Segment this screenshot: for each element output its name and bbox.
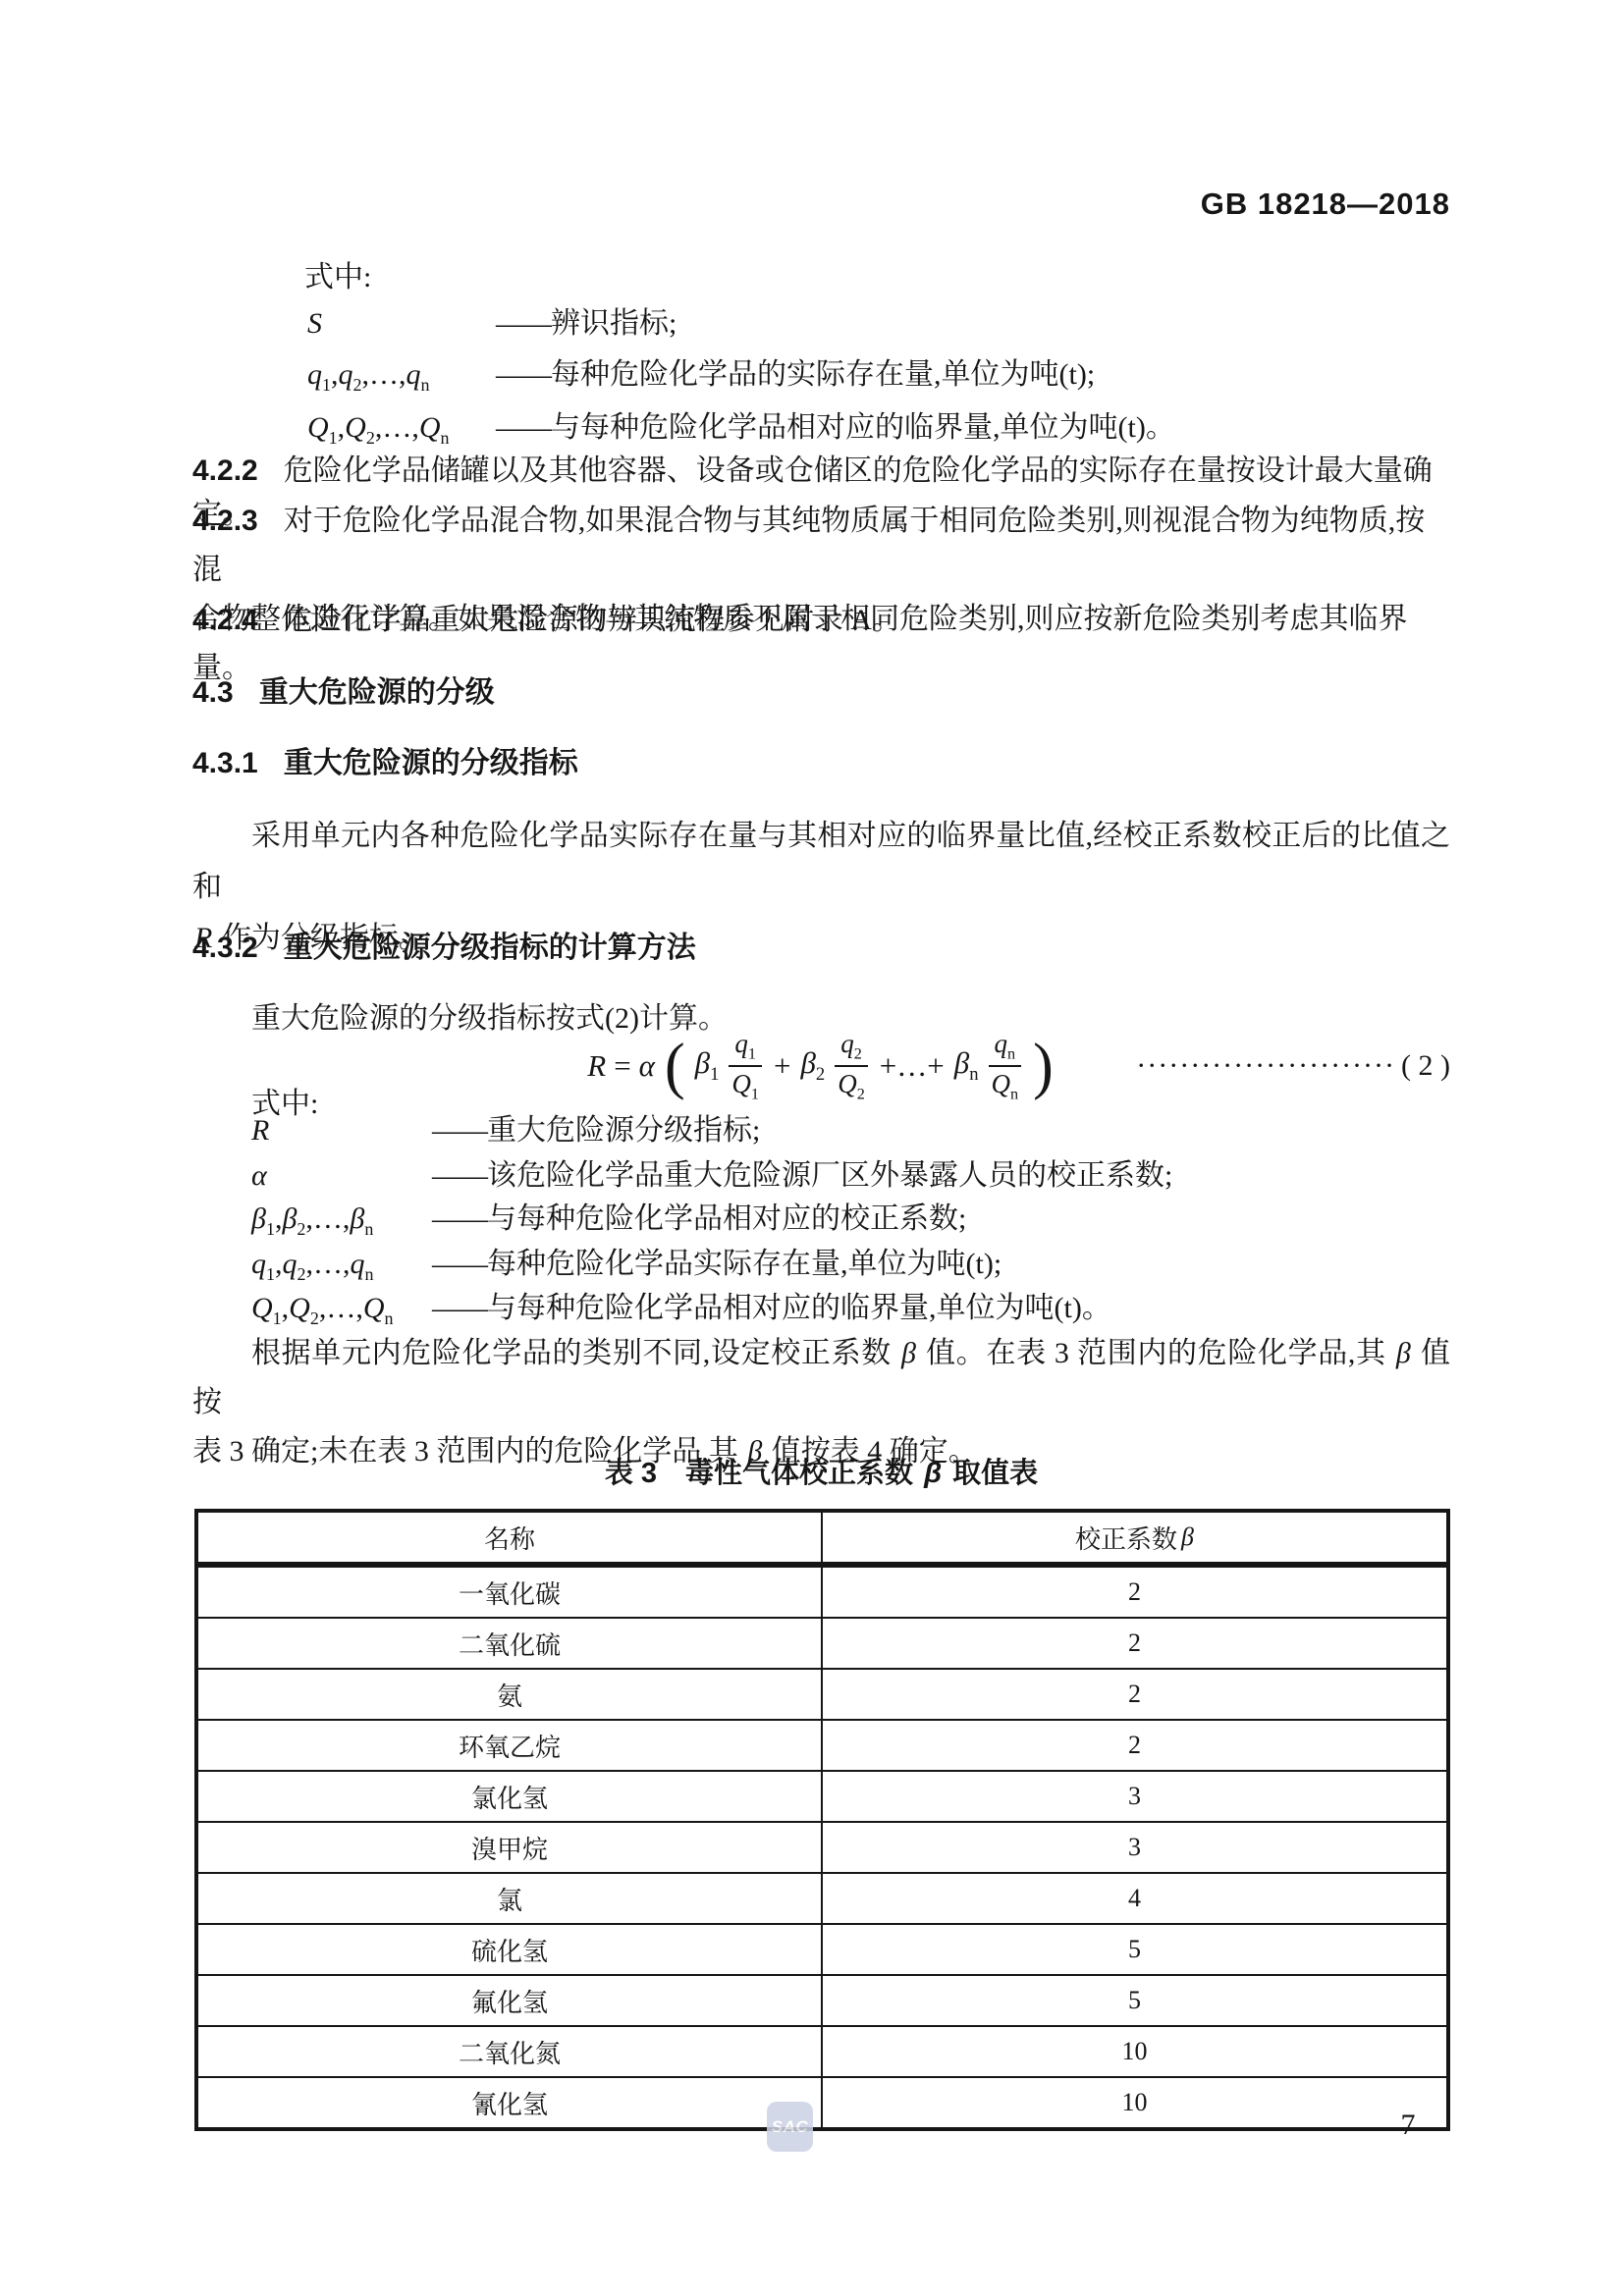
term-row-q: q1,q2,…,qn —— 每种危险化学品的实际存在量,单位为吨(t); [307, 355, 1095, 404]
beta-value-cell: 3 [823, 1772, 1446, 1821]
chemical-name-cell: 二氧化氮 [198, 2027, 823, 2076]
section-number: 4.3.2 [192, 932, 258, 964]
chemical-name-cell: 二氧化硫 [198, 1619, 823, 1668]
term-dash: —— [432, 1111, 485, 1150]
term-desc: 与每种危险化学品相对应的临界量,单位为吨(t)。 [487, 1289, 1111, 1328]
document-page: GB 18218—2018 式中: S —— 辨识指标; q1,q2,…,qn … [0, 0, 1624, 2296]
doc-number-header: GB 18218—2018 [192, 187, 1450, 222]
clause-4-2-3: 4.2.3对于危险化学品混合物,如果混合物与其纯物质属于相同危险类别,则视混合物… [192, 497, 1450, 693]
column-header-name: 名称 [198, 1513, 823, 1562]
clause-4-2-4: 4.2.4危险化学品重大危险源的辨识流程参见附录 A。 [192, 599, 1450, 642]
term-symbol: R [251, 1111, 432, 1150]
table-row: 溴甲烷 3 [198, 1821, 1446, 1872]
term-dash: —— [496, 304, 549, 344]
table-row: 一氧化碳 2 [198, 1566, 1446, 1617]
section-4-3-heading: 4.3重大危险源的分级 [192, 675, 1450, 711]
beta-n: βn [954, 1045, 979, 1086]
table-row: 氯化氢 3 [198, 1770, 1446, 1821]
section-title: 重大危险源的分级 [259, 676, 495, 709]
equals-sign: = [614, 1048, 630, 1084]
section-4-3-1-heading: 4.3.1重大危险源的分级指标 [192, 746, 1450, 781]
beta-value-cell: 10 [823, 2078, 1446, 2127]
term-dash: —— [432, 1245, 485, 1284]
formula-R: R [587, 1048, 606, 1084]
table-3-title: 表 3 毒性气体校正系数 β 取值表 [192, 1451, 1450, 1491]
term-row-R: R —— 重大危险源分级指标; [251, 1111, 760, 1150]
equation-number: ························ ( 2 ) [1136, 1049, 1450, 1083]
clause-text: 对于危险化学品混合物,如果混合物与其纯物质属于相同危险类别,则视混合物为纯物质,… [192, 505, 1425, 684]
beta-value-cell: 2 [823, 1568, 1446, 1617]
equation-label: ( 2 ) [1401, 1049, 1450, 1083]
term-dash: —— [432, 1289, 485, 1328]
section-number: 4.3.1 [192, 747, 258, 779]
formula-2: R = α ( β1 q1 Q1 + β2 q2 Q2 +…+ βn qn Qn… [192, 1025, 1450, 1107]
clause-number: 4.2.2 [192, 454, 258, 487]
term-desc: 每种危险化学品实际存在量,单位为吨(t); [487, 1245, 1001, 1284]
table-row: 二氧化氮 10 [198, 2025, 1446, 2076]
term-symbol: S [307, 304, 496, 344]
term-dash: —— [432, 1156, 485, 1196]
chemical-name-cell: 氯 [198, 1874, 823, 1923]
term-row-q2: q1,q2,…,qn —— 每种危险化学品实际存在量,单位为吨(t); [251, 1245, 1001, 1294]
chemical-name-cell: 硫化氢 [198, 1925, 823, 1974]
left-paren: ( [665, 1034, 685, 1097]
term-row-alpha: α —— 该危险化学品重大危险源厂区外暴露人员的校正系数; [251, 1156, 1172, 1196]
term-symbol: α [251, 1156, 432, 1196]
term-symbol: q1,q2,…,qn [307, 355, 496, 404]
term-row-S: S —— 辨识指标; [307, 304, 677, 344]
table-row: 氨 2 [198, 1668, 1446, 1719]
chemical-name-cell: 环氧乙烷 [198, 1721, 823, 1770]
term-dash: —— [432, 1200, 485, 1239]
section-4-3-2-heading: 4.3.2重大危险源分级指标的计算方法 [192, 931, 1450, 966]
right-paren: ) [1033, 1034, 1054, 1097]
beta-value-cell: 5 [823, 1925, 1446, 1974]
chemical-name-cell: 氟化氢 [198, 1976, 823, 2025]
table-row: 氯 4 [198, 1872, 1446, 1923]
term-desc: 该危险化学品重大危险源厂区外暴露人员的校正系数; [487, 1156, 1172, 1196]
chemical-name-cell: 溴甲烷 [198, 1823, 823, 1872]
table-header-row: 名称 校正系数 β [198, 1513, 1446, 1566]
term-symbol: β1,β2,…,βn [251, 1200, 432, 1249]
chemical-name-cell: 氯化氢 [198, 1772, 823, 1821]
cdots-plus: +…+ [880, 1048, 945, 1084]
table-row: 氰化氢 10 [198, 2076, 1446, 2127]
fraction-qn-Qn: qn Qn [989, 1029, 1022, 1102]
beta-value-cell: 2 [823, 1619, 1446, 1668]
table-body: 一氧化碳 2 二氧化硫 2 氨 2 环氧乙烷 2 [198, 1566, 1446, 2127]
column-header-beta: 校正系数 β [823, 1513, 1446, 1562]
chemical-name-cell: 一氧化碳 [198, 1568, 823, 1617]
table-row: 硫化氢 5 [198, 1923, 1446, 1974]
table-row: 环氧乙烷 2 [198, 1719, 1446, 1770]
beta-1: β1 [695, 1045, 720, 1086]
where-label-1: 式中: [304, 259, 371, 296]
section-number: 4.3 [192, 676, 234, 709]
beta-value-cell: 4 [823, 1874, 1446, 1923]
term-desc: 每种危险化学品的实际存在量,单位为吨(t); [551, 355, 1095, 395]
fraction-q1-Q1: q1 Q1 [729, 1029, 762, 1102]
table-3: 名称 校正系数 β 一氧化碳 2 二氧化硫 2 氨 2 [194, 1509, 1450, 2131]
page-number: 7 [1386, 2109, 1430, 2142]
formula-alpha: α [639, 1048, 655, 1084]
sac-watermark: SAC [767, 2102, 813, 2152]
clause-text: 危险化学品重大危险源的辨识流程参见附录 A。 [284, 604, 901, 636]
fraction-q2-Q2: q2 Q2 [835, 1029, 868, 1102]
beta-value-cell: 5 [823, 1976, 1446, 2025]
clause-number: 4.2.4 [192, 604, 258, 636]
term-desc: 与每种危险化学品相对应的校正系数; [487, 1200, 966, 1239]
term-dash: —— [496, 408, 549, 448]
beta-value-cell: 10 [823, 2027, 1446, 2076]
term-desc: 重大危险源分级指标; [487, 1111, 760, 1150]
term-row-beta: β1,β2,…,βn —— 与每种危险化学品相对应的校正系数; [251, 1200, 966, 1249]
beta-2: β2 [800, 1045, 825, 1086]
section-title: 重大危险源的分级指标 [284, 747, 578, 779]
chemical-name-cell: 氨 [198, 1670, 823, 1719]
table-row: 氟化氢 5 [198, 1974, 1446, 2025]
section-title: 重大危险源分级指标的计算方法 [284, 932, 696, 964]
term-symbol: q1,q2,…,qn [251, 1245, 432, 1294]
dot-leader: ························ [1136, 1049, 1395, 1083]
term-desc: 辨识指标; [551, 304, 677, 344]
term-desc: 与每种危险化学品相对应的临界量,单位为吨(t)。 [551, 408, 1175, 448]
beta-value-cell: 2 [823, 1721, 1446, 1770]
beta-value-cell: 3 [823, 1823, 1446, 1872]
table-row: 二氧化硫 2 [198, 1617, 1446, 1668]
chemical-name-cell: 氰化氢 [198, 2078, 823, 2127]
beta-value-cell: 2 [823, 1670, 1446, 1719]
clause-number: 4.2.3 [192, 505, 258, 537]
term-dash: —— [496, 355, 549, 395]
plus-sign: + [774, 1048, 790, 1084]
